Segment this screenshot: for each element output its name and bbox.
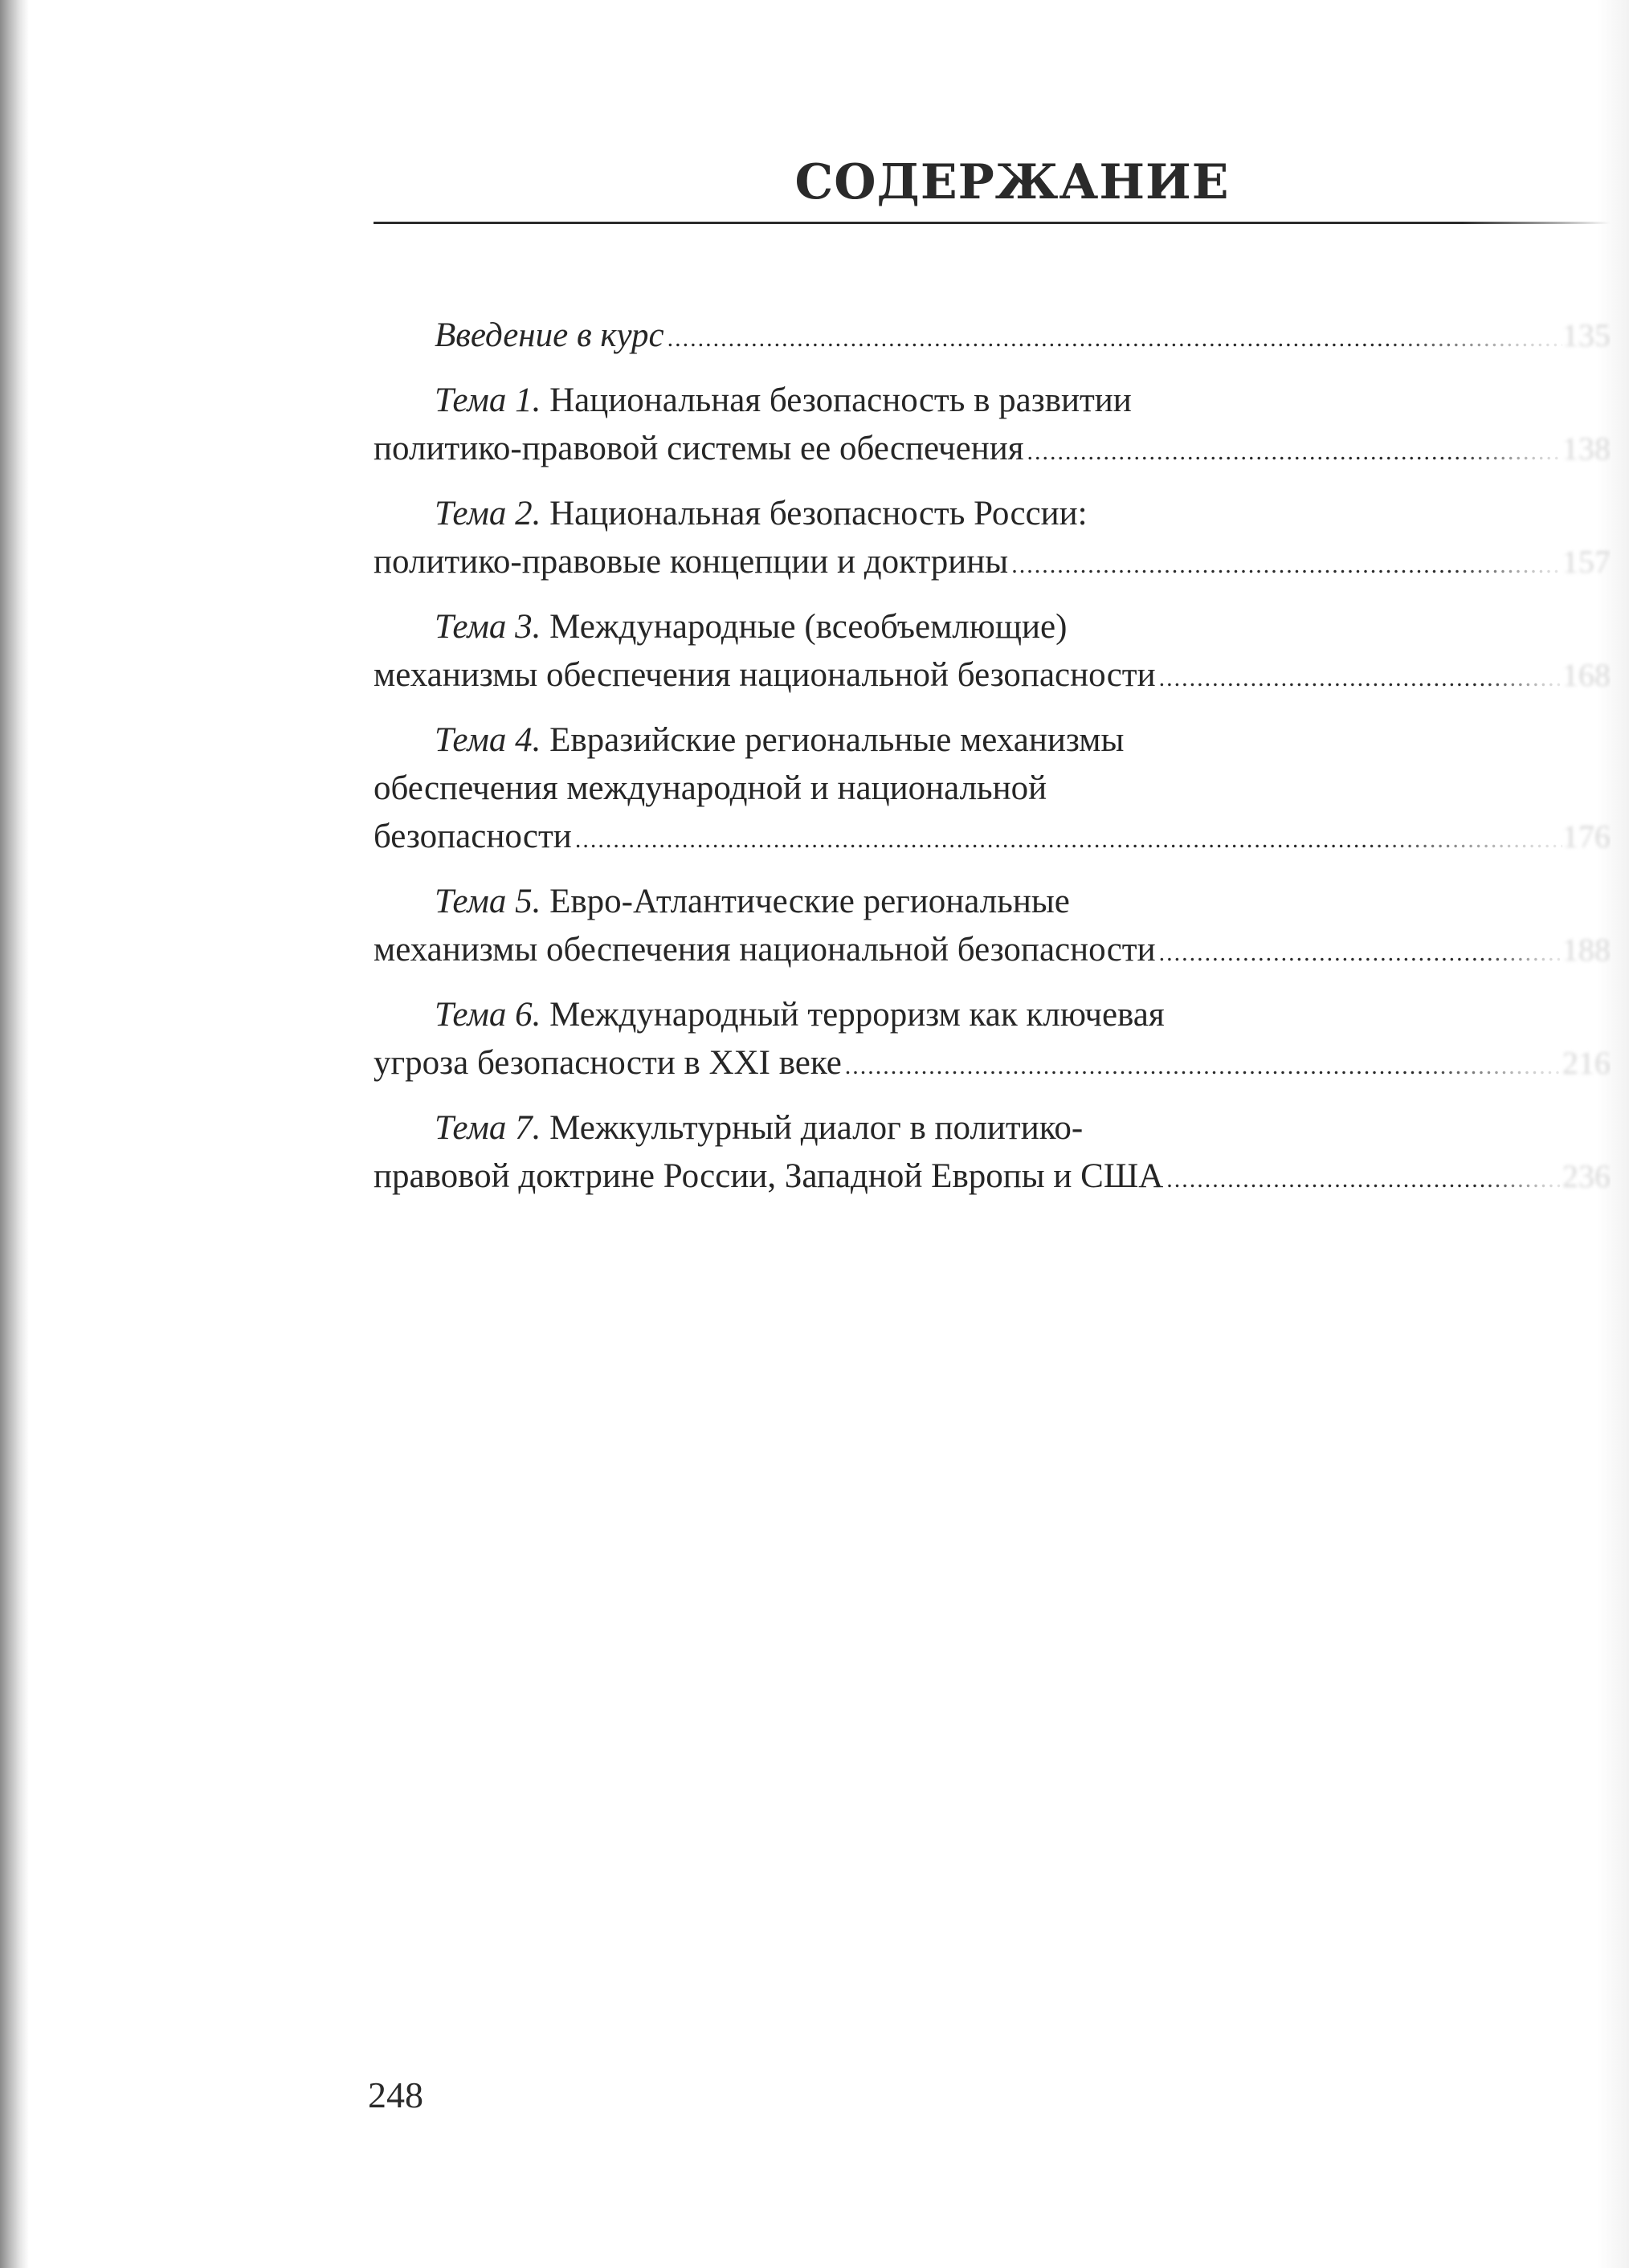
- toc-entry-title: Евро-Атлантические региональные: [549, 883, 1070, 920]
- page-number: 248: [368, 2074, 423, 2116]
- toc-page-number: 188: [1562, 926, 1611, 974]
- toc-line: безопасности ...........................…: [374, 813, 1611, 864]
- toc-entry-title: Международные (всеобъемлющие): [549, 608, 1067, 646]
- toc-entry-label: Тема 6.: [435, 996, 541, 1034]
- toc-line: Тема 7. Межкультурный диалог в политико-: [374, 1104, 1611, 1152]
- dot-leader: ........................................…: [1027, 428, 1562, 476]
- toc-entry-title: Евразийские региональные механизмы: [549, 721, 1124, 759]
- toc-line: механизмы обеспечения национальной безоп…: [374, 926, 1611, 977]
- toc-entry-label: Тема 7.: [435, 1109, 541, 1147]
- toc-page-number: 216: [1562, 1039, 1611, 1087]
- binding-shadow: [0, 0, 29, 2268]
- dot-leader: ........................................…: [845, 1042, 1562, 1091]
- toc-entry-label: Тема 2.: [435, 495, 541, 532]
- toc-line: Тема 4. Евразийские региональные механиз…: [374, 716, 1611, 765]
- toc-entry-title: политико-правовые концепции и доктрины: [374, 538, 1008, 586]
- toc-entry-title: Межкультурный диалог в политико-: [549, 1109, 1083, 1147]
- toc-entry-title: Национальная безопасность России:: [549, 495, 1088, 532]
- dot-leader: ........................................…: [1159, 929, 1562, 977]
- toc-entry-label: Тема 1.: [435, 381, 541, 419]
- toc-entry-title: Международный терроризм как ключевая: [549, 996, 1165, 1034]
- toc-line: Тема 1. Национальная безопасность в разв…: [374, 377, 1611, 425]
- toc-entry-title: безопасности: [374, 813, 572, 861]
- dot-leader: ........................................…: [668, 315, 1562, 363]
- page-title: СОДЕРЖАНИЕ: [0, 154, 1629, 210]
- toc-line: Тема 3. Международные (всеобъемлющие): [374, 603, 1611, 651]
- toc-line: Введение в курс ........................…: [374, 312, 1611, 363]
- toc-entry-title: механизмы обеспечения национальной безоп…: [374, 651, 1156, 700]
- dot-leader: ........................................…: [1159, 655, 1562, 703]
- toc-line: обеспечения международной и национальной: [374, 765, 1611, 813]
- dot-leader: ........................................…: [1166, 1156, 1562, 1204]
- toc-entry-topic-1[interactable]: Тема 1. Национальная безопасность в разв…: [374, 377, 1611, 476]
- toc-entry-topic-6[interactable]: Тема 6. Международный терроризм как ключ…: [374, 991, 1611, 1091]
- toc-entry-topic-2[interactable]: Тема 2. Национальная безопасность России…: [374, 490, 1611, 589]
- toc-line: механизмы обеспечения национальной безоп…: [374, 651, 1611, 703]
- dot-leader: ........................................…: [1011, 541, 1562, 589]
- toc-entry-title: политико-правовой системы ее обеспечения: [374, 425, 1024, 473]
- toc-entry-title: угроза безопасности в XXI веке: [374, 1039, 842, 1087]
- toc-line: Тема 2. Национальная безопасность России…: [374, 490, 1611, 538]
- table-of-contents: Введение в курс ........................…: [374, 312, 1611, 1218]
- toc-entry-topic-4[interactable]: Тема 4. Евразийские региональные механиз…: [374, 716, 1611, 864]
- toc-entry-title: обеспечения международной и национальной: [374, 769, 1047, 807]
- toc-entry-topic-7[interactable]: Тема 7. Межкультурный диалог в политико-…: [374, 1104, 1611, 1204]
- toc-entry-title: механизмы обеспечения национальной безоп…: [374, 926, 1156, 974]
- dot-leader: ........................................…: [575, 816, 1562, 864]
- toc-entry-title: правовой доктрине России, Западной Европ…: [374, 1152, 1163, 1201]
- toc-page-number: 236: [1562, 1152, 1611, 1201]
- toc-entry-label: Тема 5.: [435, 883, 541, 920]
- toc-page-number: 157: [1562, 538, 1611, 586]
- toc-page-number: 138: [1562, 425, 1611, 473]
- toc-page-number: 135: [1562, 312, 1611, 360]
- toc-line: политико-правовые концепции и доктрины .…: [374, 538, 1611, 589]
- toc-entry-label: Введение в курс: [435, 312, 664, 360]
- toc-entry-topic-3[interactable]: Тема 3. Международные (всеобъемлющие) ме…: [374, 603, 1611, 703]
- toc-line: угроза безопасности в XXI веке .........…: [374, 1039, 1611, 1091]
- toc-page-number: 168: [1562, 651, 1611, 700]
- toc-entry-title: Национальная безопасность в развитии: [549, 381, 1132, 419]
- toc-page-number: 176: [1562, 813, 1611, 861]
- toc-line: правовой доктрине России, Западной Европ…: [374, 1152, 1611, 1204]
- title-rule: [374, 222, 1611, 224]
- toc-entry-introduction[interactable]: Введение в курс ........................…: [374, 312, 1611, 363]
- toc-line: Тема 5. Евро-Атлантические региональные: [374, 878, 1611, 926]
- toc-entry-label: Тема 4.: [435, 721, 541, 759]
- toc-line: Тема 6. Международный терроризм как ключ…: [374, 991, 1611, 1039]
- toc-entry-topic-5[interactable]: Тема 5. Евро-Атлантические региональные …: [374, 878, 1611, 977]
- toc-entry-label: Тема 3.: [435, 608, 541, 646]
- toc-line: политико-правовой системы ее обеспечения…: [374, 425, 1611, 476]
